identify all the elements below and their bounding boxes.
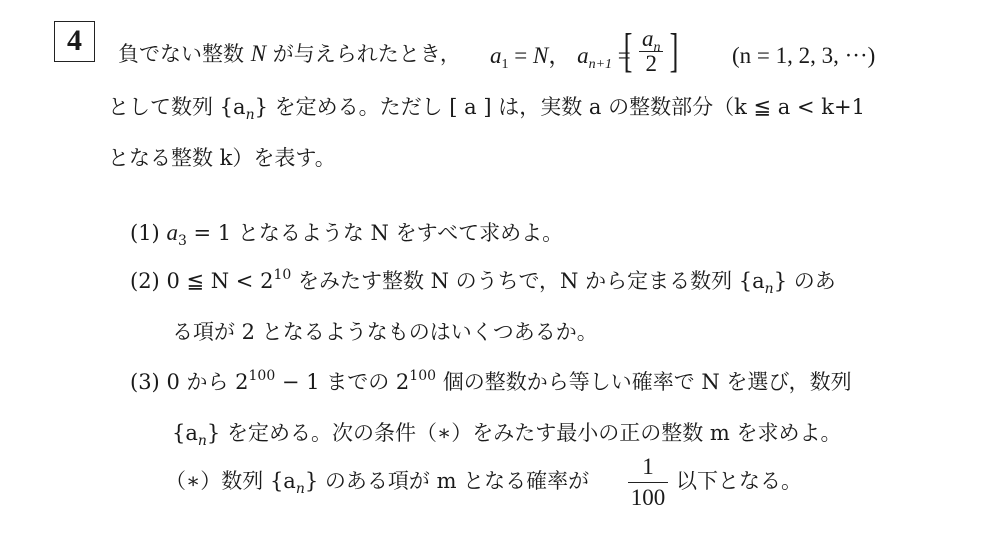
exponent: 10 xyxy=(273,267,291,283)
part-text: 0 から 2 xyxy=(166,370,248,394)
part-1: (1) a3 = 1 となるような N をすべて求めよ。 xyxy=(130,219,563,247)
part-3-line-2: {an} を定める。次の条件（∗）をみたす最小の正の整数 m を求めよ。 xyxy=(172,419,842,447)
part-3-line-1: (3) 0 から 2100 − 1 までの 2100 個の整数から等しい確率で … xyxy=(130,368,852,396)
a1-subscript: 1 xyxy=(502,57,509,72)
equals: = xyxy=(509,43,533,68)
part-text: る項が 2 となるようなものはいくつあるか。 xyxy=(172,320,598,344)
subscript-n: n xyxy=(765,281,774,297)
part-text: 0 ≦ N < 2 xyxy=(166,269,273,293)
intro-line-3: となる整数 k）を表す。 xyxy=(108,144,336,172)
part-3-line-3: （∗）数列 {an} のある項が m となる確率が xyxy=(165,467,589,495)
exponent: 100 xyxy=(409,368,436,384)
problem-number-box: 4 xyxy=(54,21,95,62)
part-text: } を定める。次の条件（∗）をみたす最小の正の整数 m を求めよ。 xyxy=(207,421,842,445)
right-bracket: ] xyxy=(670,25,679,77)
part-label: (1) xyxy=(130,221,160,245)
part-label: (3) xyxy=(130,370,160,394)
var-N: N xyxy=(533,43,548,68)
left-bracket: [ xyxy=(624,25,633,77)
subscript-n: n xyxy=(296,481,305,497)
subscript-n: n xyxy=(198,433,207,449)
an1-subscript: n+1 xyxy=(589,57,612,72)
intro-text: 負でない整数 xyxy=(118,42,251,66)
fraction-an-over-2: an2 xyxy=(639,27,664,76)
part-text: − 1 までの 2 xyxy=(275,370,409,394)
part-text: } のある項が m となる確率が xyxy=(305,469,589,493)
intro-text: として数列 {a xyxy=(108,95,246,119)
subscript-n: n xyxy=(246,107,255,123)
part-3-line-3-end: 以下となる。 xyxy=(676,467,802,495)
part-text: {a xyxy=(172,421,198,445)
intro-line-2: として数列 {an} を定める。ただし [ a ] は，実数 a の整数部分（k… xyxy=(108,93,865,121)
intro-line-1: 負でない整数 N が与えられたとき， xyxy=(118,40,461,68)
intro-text: が与えられたとき， xyxy=(266,42,461,66)
part-text: （∗）数列 {a xyxy=(165,469,296,493)
a3-subscript: 3 xyxy=(178,233,187,249)
part-text: 個の整数から等しい確率で N を選び，数列 xyxy=(436,370,852,394)
comma: ， xyxy=(548,43,571,68)
n-range: (n = 1, 2, 3, ···) xyxy=(732,42,875,70)
fraction-1-over-100: 1 100 xyxy=(628,452,668,513)
part-text: } のあ xyxy=(774,269,836,293)
a3-symbol: a xyxy=(166,220,178,245)
part-2-line-1: (2) 0 ≦ N < 210 をみたす整数 N のうちで，N から定まる数列 … xyxy=(130,267,836,295)
part-text: = 1 となるような N をすべて求めよ。 xyxy=(187,221,563,245)
fraction-denominator: 100 xyxy=(628,483,668,513)
part-text: 以下となる。 xyxy=(676,469,802,493)
an1-symbol: a xyxy=(577,43,589,68)
intro-text: となる整数 k）を表す。 xyxy=(108,146,336,170)
part-text: をみたす整数 N のうちで，N から定まる数列 {a xyxy=(291,269,764,293)
fraction-numerator: 1 xyxy=(628,452,668,483)
part-label: (2) xyxy=(130,269,160,293)
a1-symbol: a xyxy=(490,43,502,68)
part-2-line-2: る項が 2 となるようなものはいくつあるか。 xyxy=(172,318,598,346)
exponent: 100 xyxy=(249,368,276,384)
var-N: N xyxy=(251,41,266,66)
intro-text: } を定める。ただし [ a ] は，実数 a の整数部分（k ≦ a < k+… xyxy=(255,95,865,119)
